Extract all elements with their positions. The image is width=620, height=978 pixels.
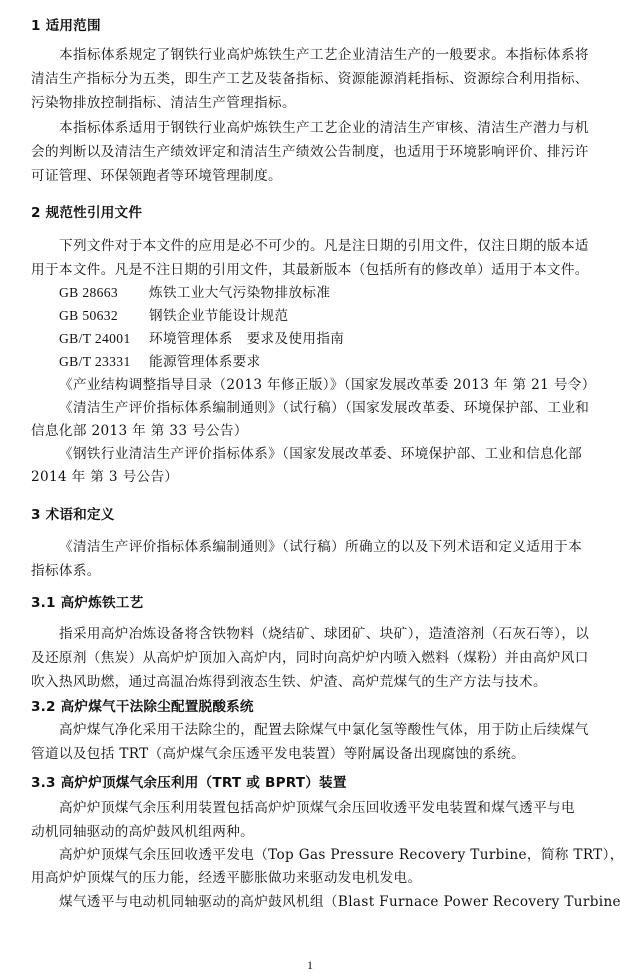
- paragraph-line: 煤气透平与电动机同轴驱动的高炉鼓风机组（Blast Furnace Power …: [59, 892, 619, 912]
- paragraph-line: 《清洁生产评价指标体系编制通则》（试行稿）所确立的以及下列术语和定义适用于本: [59, 537, 619, 557]
- paragraph-line: 本指标体系规定了钢铁行业高炉炼铁生产工艺企业清洁生产的一般要求。本指标体系将: [59, 45, 619, 65]
- reference-code: GB/T 23331: [59, 352, 149, 372]
- reference-item: GB 28663炼铁工业大气污染物排放标准: [59, 283, 619, 303]
- document-page: 1 适用范围 本指标体系规定了钢铁行业高炉炼铁生产工艺企业清洁生产的一般要求。本…: [0, 0, 620, 978]
- reference-title: 环境管理体系 要求及使用指南: [149, 331, 344, 347]
- document-reference: 《清洁生产评价指标体系编制通则》（试行稿）（国家发展改革委、环境保护部、工业和: [59, 398, 619, 418]
- reference-item: GB/T 23331能源管理体系要求: [59, 352, 619, 372]
- paragraph-line: 下列文件对于本文件的应用是必不可少的。凡是注日期的引用文件，仅注日期的版本适: [59, 236, 619, 256]
- document-reference: 《产业结构调整指导目录（2013 年修正版）》（国家发展改革委 2013 年 第…: [59, 375, 619, 395]
- paragraph-line: 动机同轴驱动的高炉鼓风机组两种。: [31, 822, 591, 842]
- section-heading-1: 1 适用范围: [31, 16, 591, 36]
- section-heading-3: 3 术语和定义: [31, 505, 591, 525]
- reference-code: GB/T 24001: [59, 329, 149, 349]
- paragraph-line: 用于本文件。凡是不注日期的引用文件，其最新版本（包括所有的修改单）适用于本文件。: [31, 260, 591, 280]
- paragraph-line: 及还原剂（焦炭）从高炉炉顶加入高炉内，同时向高炉炉内喷入燃料（煤粉）并由高炉风口: [31, 648, 591, 668]
- page-number: 1: [0, 958, 620, 973]
- paragraph-line: 用高炉炉顶煤气的压力能，经透平膨胀做功来驱动发电机发电。: [31, 868, 591, 888]
- reference-code: GB 28663: [59, 283, 149, 303]
- paragraph-line: 本指标体系适用于钢铁行业高炉炼铁生产工艺企业的清洁生产审核、清洁生产潜力与机: [59, 118, 619, 138]
- document-reference: 《钢铁行业清洁生产评价指标体系》（国家发展改革委、环境保护部、工业和信息化部: [59, 444, 619, 464]
- subsection-heading-3-2: 3.2 高炉煤气干法除尘配置脱酸系统: [31, 697, 591, 717]
- paragraph-line: 吹入热风助燃，通过高温冶炼得到液态生铁、炉渣、高炉荒煤气的生产方法与技术。: [31, 672, 591, 692]
- document-reference-cont: 信息化部 2013 年 第 33 号公告）: [31, 421, 591, 441]
- paragraph-line: 会的判断以及清洁生产绩效评定和清洁生产绩效公告制度，也适用于环境影响评价、排污许: [31, 142, 591, 162]
- paragraph-line: 指采用高炉冶炼设备将含铁物料（烧结矿、球团矿、块矿），造渣溶剂（石灰石等），以: [59, 624, 619, 644]
- reference-item: GB/T 24001环境管理体系 要求及使用指南: [59, 329, 619, 349]
- document-reference-cont: 2014 年 第 3 号公告）: [31, 467, 591, 487]
- paragraph-line: 清洁生产指标分为五类，即生产工艺及装备指标、资源能源消耗指标、资源综合利用指标、: [31, 69, 591, 89]
- paragraph-line: 可证管理、环保领跑者等环境管理制度。: [31, 166, 591, 186]
- paragraph-line: 高炉炉顶煤气余压回收透平发电（Top Gas Pressure Recovery…: [59, 845, 619, 865]
- paragraph-line: 污染物排放控制指标、清洁生产管理指标。: [31, 93, 591, 113]
- reference-item: GB 50632钢铁企业节能设计规范: [59, 306, 619, 326]
- reference-title: 钢铁企业节能设计规范: [149, 308, 288, 324]
- reference-title: 能源管理体系要求: [149, 354, 261, 370]
- subsection-heading-3-3: 3.3 高炉炉顶煤气余压利用（TRT 或 BPRT）装置: [31, 773, 591, 793]
- paragraph-line: 指标体系。: [31, 561, 591, 581]
- paragraph-line: 管道以及包括 TRT（高炉煤气余压透平发电装置）等附属设备出现腐蚀的系统。: [31, 744, 591, 764]
- reference-title: 炼铁工业大气污染物排放标准: [149, 285, 330, 301]
- reference-code: GB 50632: [59, 306, 149, 326]
- section-heading-2: 2 规范性引用文件: [31, 203, 591, 223]
- subsection-heading-3-1: 3.1 高炉炼铁工艺: [31, 593, 591, 613]
- paragraph-line: 高炉炉顶煤气余压利用装置包括高炉炉顶煤气余压回收透平发电装置和煤气透平与电: [59, 798, 619, 818]
- paragraph-line: 高炉煤气净化采用干法除尘的，配置去除煤气中氯化氢等酸性气体，用于防止后续煤气: [59, 720, 619, 740]
